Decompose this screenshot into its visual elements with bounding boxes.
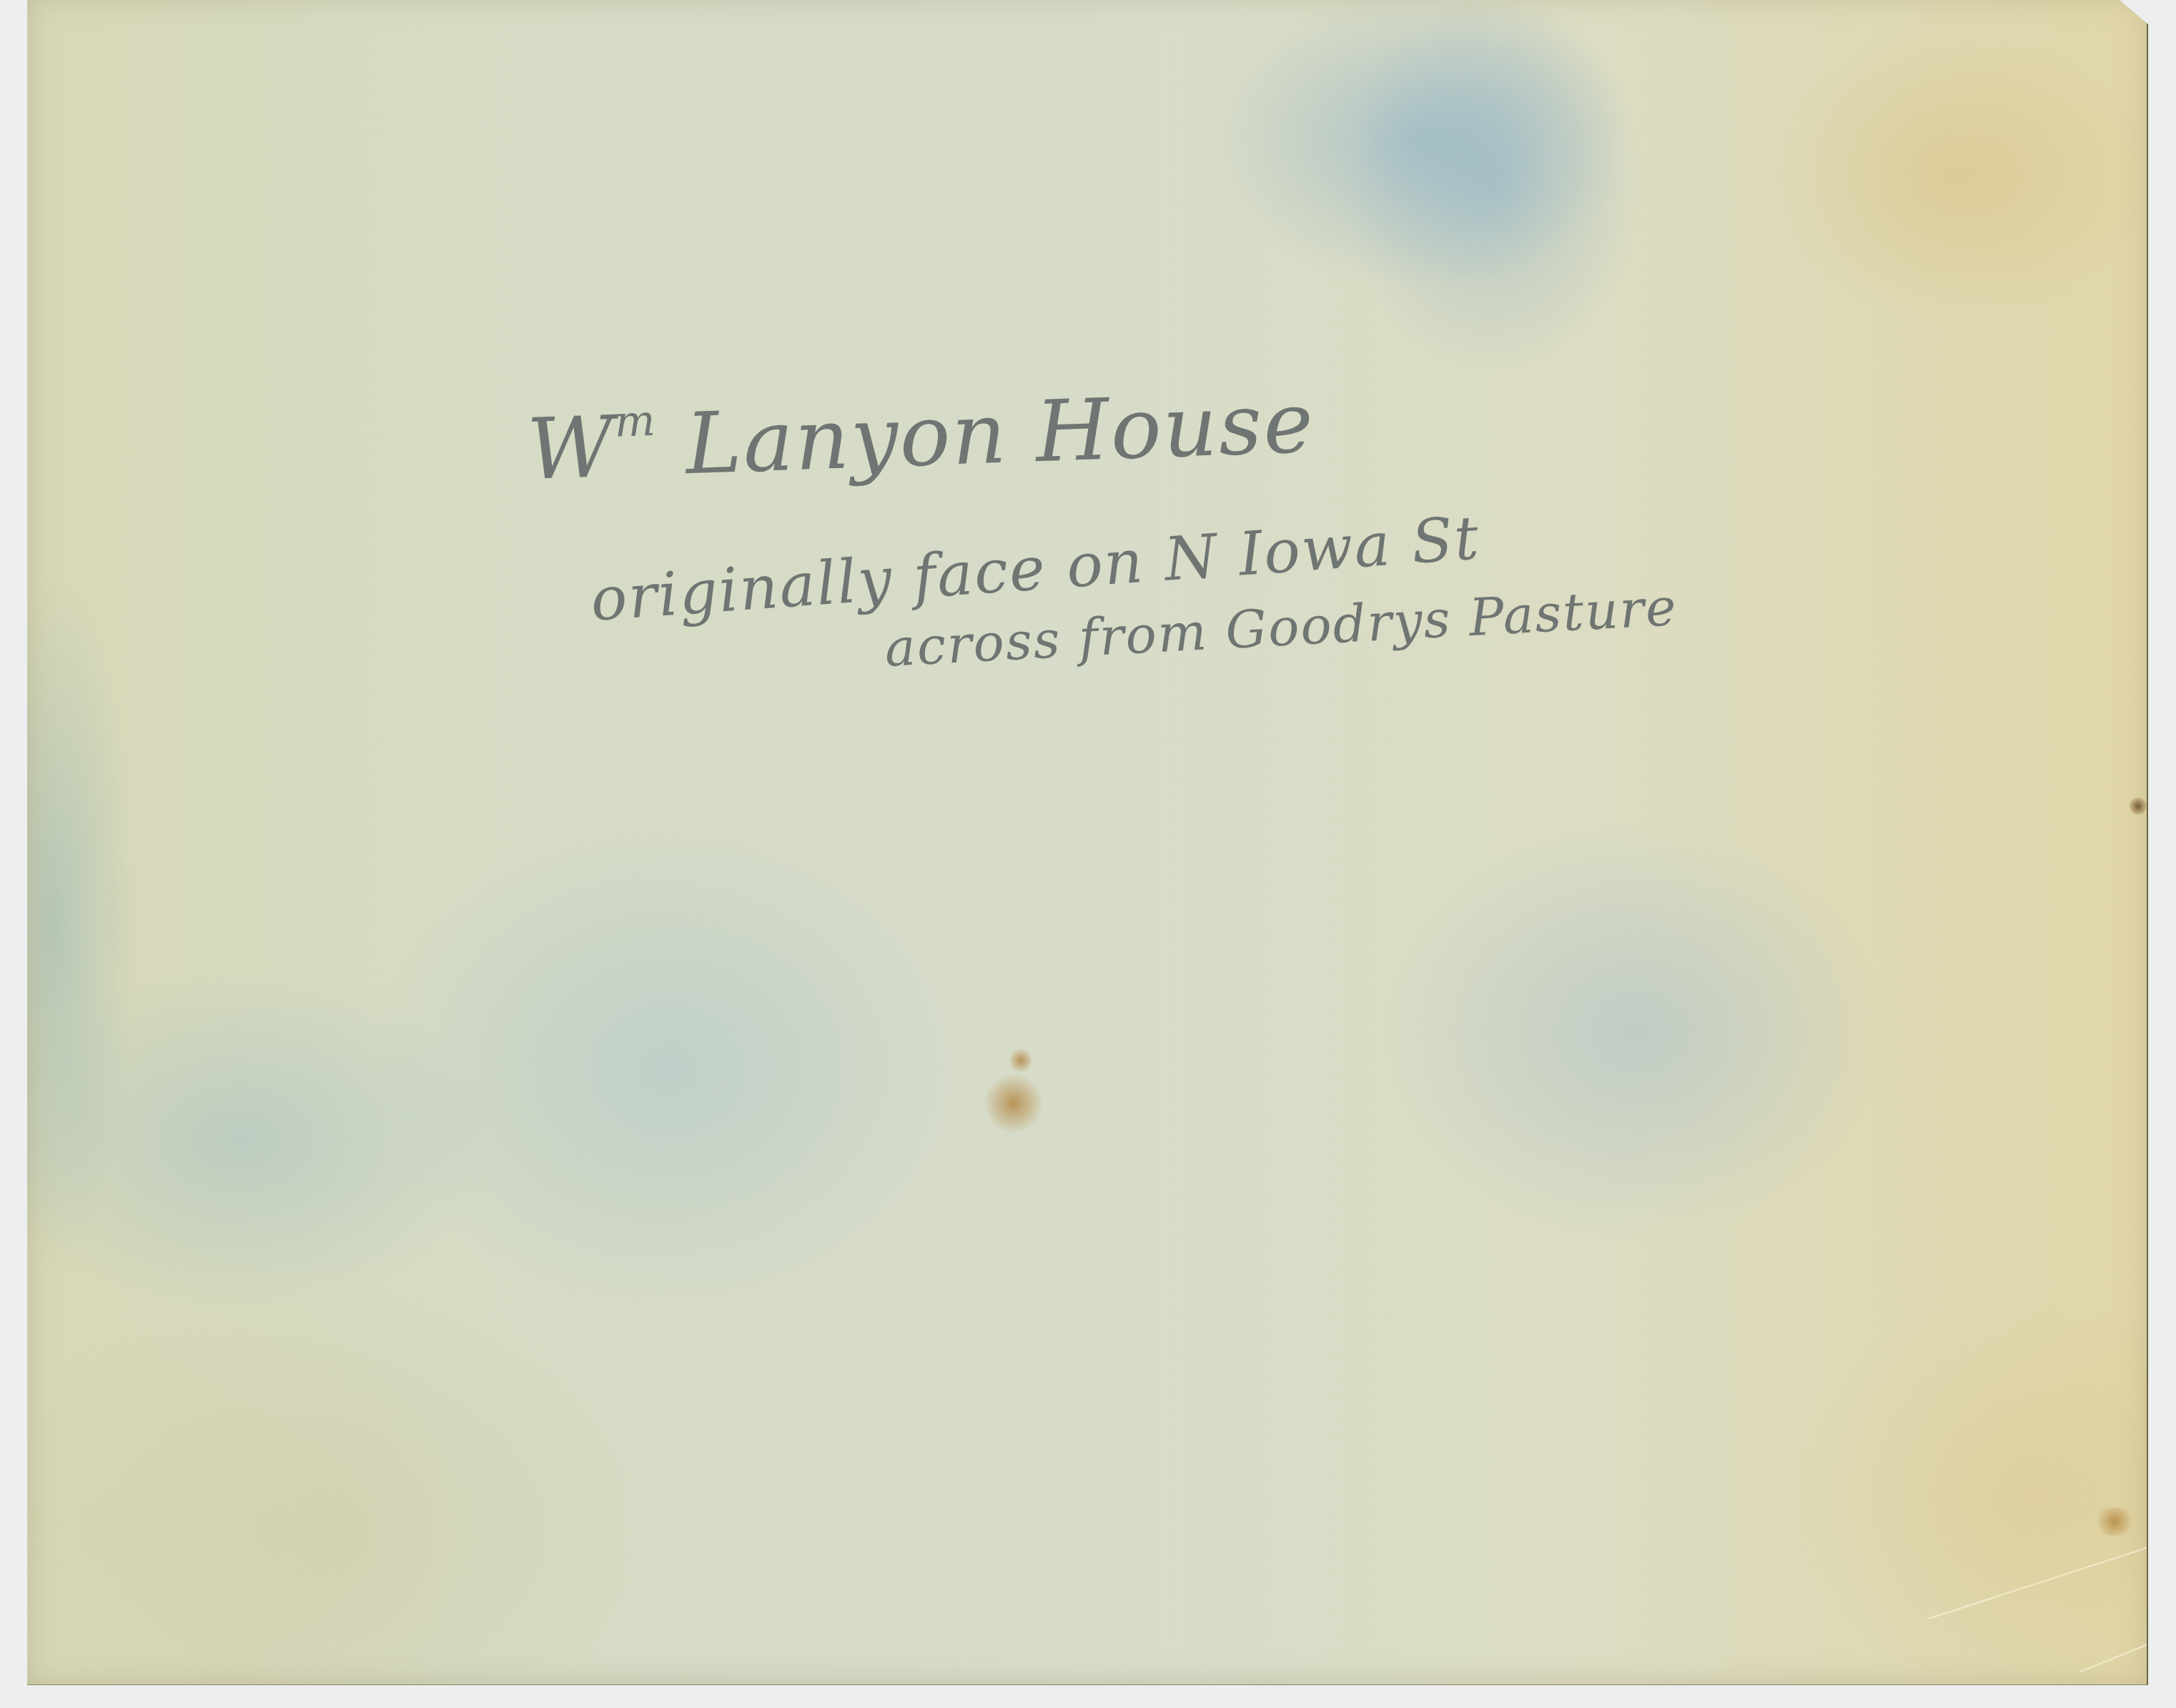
fold-crease — [1929, 1545, 2153, 1619]
edge-nick — [2129, 797, 2147, 815]
title-initial: W — [525, 397, 617, 499]
rust-stain-corner — [2093, 1507, 2136, 1536]
rust-stain-small — [1010, 1046, 1032, 1075]
paper-sheet — [27, 0, 2148, 1685]
fold-crease-corner — [2079, 1637, 2165, 1673]
rust-stain — [985, 1071, 1042, 1136]
title-superscript: m — [613, 396, 657, 447]
